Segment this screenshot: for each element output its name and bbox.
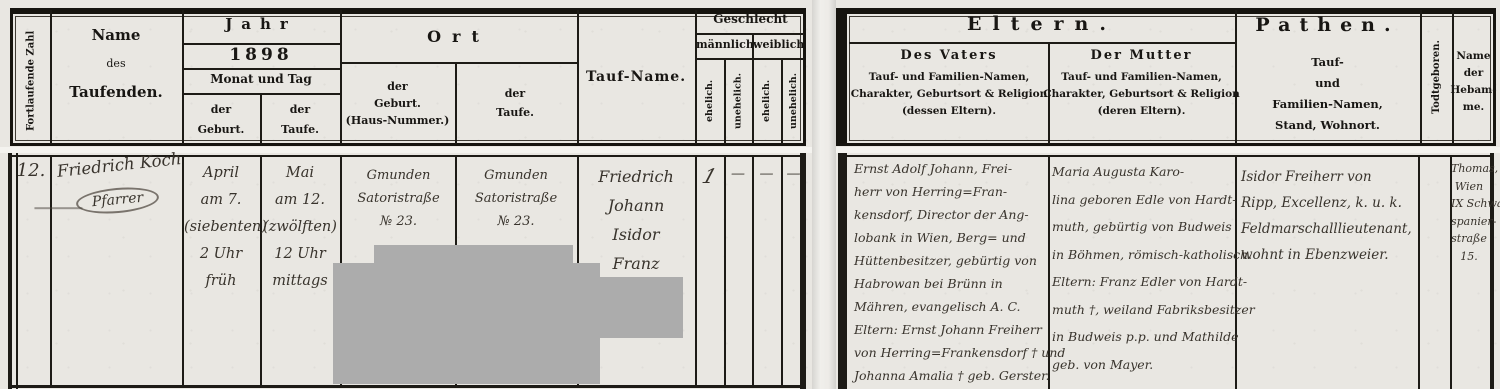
- grid-vline: [838, 153, 847, 389]
- grid-vline: [1420, 10, 1422, 144]
- grid-vline: [1235, 155, 1237, 389]
- midwife-col-header: Name der Hebam- me.: [1454, 24, 1493, 140]
- birth-date-entry: April am 7. (siebenten) 2 Uhr früh: [184, 160, 258, 295]
- mother-col-header-title: Der Mutter: [1091, 48, 1193, 63]
- grid-vline: [8, 153, 12, 389]
- column-name-header-line2: des: [106, 57, 125, 70]
- birth-place-col-header: der Geburt. (Haus-Nummer.): [342, 64, 453, 142]
- grid-vline: [695, 155, 697, 386]
- redaction-box: [595, 277, 683, 338]
- year-label: Jahr: [184, 15, 338, 33]
- baptism-date-entry: Mai am 12. (zwölften) 12 Uhr mittags: [262, 160, 338, 295]
- male-illegitimate-mark: —: [726, 166, 750, 182]
- female-header: weiblich: [753, 38, 804, 51]
- male-legitimate-header: ehelich.: [697, 60, 722, 142]
- godparents-header-sub: Tauf- und Familien-Namen, Stand, Wohnort…: [1237, 52, 1418, 136]
- baptism-place-col-header: der Taufe.: [455, 64, 575, 142]
- mother-entry: Maria Augusta Karo- lina geboren Edle vo…: [1052, 158, 1233, 378]
- female-illegitimate-mark: —: [783, 166, 804, 182]
- stillborn-col-header: Todtgeboren.: [1423, 14, 1450, 140]
- godparent-entry: Isidor Freiherr von Ripp, Excellenz, k. …: [1241, 164, 1416, 268]
- sex-header: Geschlecht: [697, 12, 804, 26]
- mother-col-header-sub: Tauf- und Familien-Namen, Charakter, Geb…: [1043, 69, 1239, 120]
- record-serial-number: 12.: [14, 160, 48, 181]
- birth-date-col-header: der Geburt.: [184, 95, 258, 144]
- redaction-box: [374, 245, 573, 263]
- grid-vline: [1418, 155, 1420, 389]
- baptism-name-col-header: Tauf-Name.: [579, 12, 693, 142]
- grid-vline: [752, 155, 754, 386]
- father-col-header-sub: Tauf- und Familien-Namen, Charakter, Geb…: [851, 69, 1047, 120]
- column-name-header-line1: Name: [92, 26, 141, 44]
- parents-header: Eltern.: [852, 13, 1232, 35]
- baptism-name-entry: Friedrich Johann Isidor Franz: [579, 162, 693, 278]
- grid-vline: [50, 155, 52, 386]
- redaction-box: [333, 263, 600, 384]
- grid-vline: [800, 153, 806, 389]
- male-header: männlich: [696, 38, 752, 51]
- father-col-header-title: Des Vaters: [900, 48, 997, 63]
- place-header: Ort: [342, 12, 575, 60]
- grid-vline: [781, 155, 783, 386]
- baptism-place-entry: Gmunden Satoristraße № 23.: [457, 164, 575, 233]
- grid-hline: [849, 42, 1235, 44]
- year-value: 1898: [184, 45, 338, 65]
- grid-hline: [182, 68, 340, 70]
- column-serial-header: Fortlaufende Zahl: [13, 20, 49, 142]
- grid-vline: [16, 153, 18, 389]
- female-legitimate-header: ehelich.: [754, 60, 779, 142]
- grid-vline: [724, 155, 726, 386]
- midwife-entry: Thomas, Wien IX Schwarz- spanier- straße…: [1451, 160, 1487, 265]
- page-gutter: [812, 0, 836, 389]
- column-name-header-line3: Taufenden.: [69, 83, 162, 101]
- grid-hline: [695, 33, 804, 35]
- male-illegitimate-header: unehelich.: [726, 60, 750, 142]
- female-legitimate-mark: —: [754, 166, 779, 182]
- grid-vline: [1490, 153, 1494, 389]
- grid-hline: [8, 385, 806, 388]
- priest-title-circled: Pfarrer: [75, 184, 160, 216]
- baptism-date-col-header: der Taufe.: [262, 95, 338, 144]
- baptism-register-scan: Fortlaufende Zahl Name des Taufenden. Ja…: [0, 0, 1500, 389]
- month-day-header: Monat und Tag: [184, 72, 338, 86]
- father-entry: Ernst Adolf Johann, Frei- herr von Herri…: [854, 157, 1046, 387]
- birth-place-entry: Gmunden Satoristraße № 23.: [344, 164, 453, 233]
- godparents-header-title: Pathen.: [1237, 14, 1418, 36]
- female-illegitimate-header: unehelich.: [783, 60, 804, 142]
